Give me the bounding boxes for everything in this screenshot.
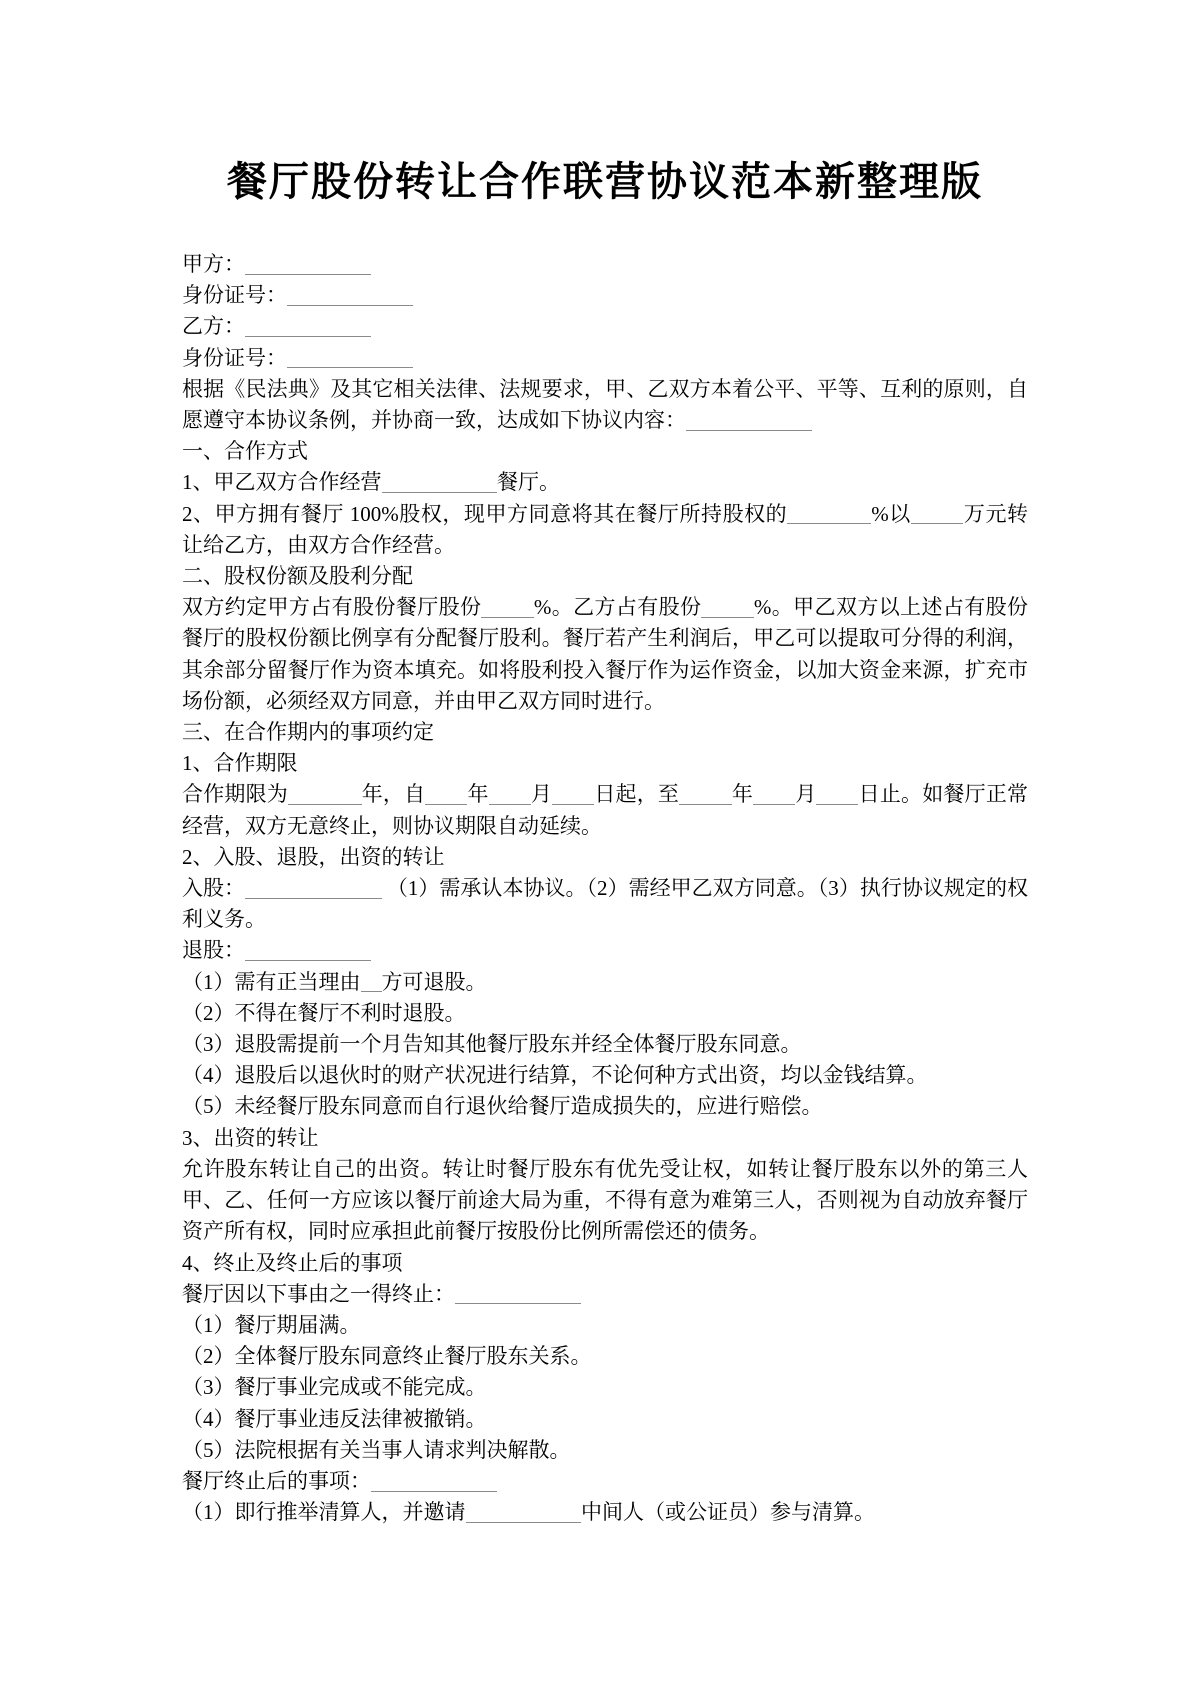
paragraph: 乙方： xyxy=(182,311,1028,342)
paragraph: 一、合作方式 xyxy=(182,436,1028,467)
paragraph: （5）法院根据有关当事人请求判决解散。 xyxy=(182,1435,1028,1466)
paragraph: （2）全体餐厅股东同意终止餐厅股东关系。 xyxy=(182,1341,1028,1372)
paragraph: 4、终止及终止后的事项 xyxy=(182,1248,1028,1279)
fill-in-blank xyxy=(245,315,371,337)
paragraph: 餐厅终止后的事项： xyxy=(182,1466,1028,1497)
fill-in-blank xyxy=(816,783,858,805)
fill-in-blank xyxy=(287,346,413,368)
fill-in-blank xyxy=(481,596,534,618)
paragraph: （5）未经餐厅股东同意而自行退伙给餐厅造成损失的，应进行赔偿。 xyxy=(182,1091,1028,1122)
paragraph: 身份证号： xyxy=(182,343,1028,374)
fill-in-blank xyxy=(425,783,467,805)
paragraph: 入股： （1）需承认本协议。（2）需经甲乙双方同意。（3）执行协议规定的权利义务… xyxy=(182,873,1028,935)
fill-in-blank xyxy=(245,939,371,961)
fill-in-blank xyxy=(701,596,754,618)
paragraph: 身份证号： xyxy=(182,280,1028,311)
fill-in-blank xyxy=(455,1282,581,1304)
fill-in-blank xyxy=(552,783,594,805)
paragraph: （1）需有正当理由方可退股。 xyxy=(182,967,1028,998)
paragraph: 允许股东转让自己的出资。转让时餐厅股东有优先受让权，如转让餐厅股东以外的第三人甲… xyxy=(182,1154,1028,1248)
fill-in-blank xyxy=(686,409,812,431)
fill-in-blank xyxy=(679,783,732,805)
fill-in-blank xyxy=(787,502,871,524)
paragraph: 甲方： xyxy=(182,249,1028,280)
paragraph: 1、甲乙双方合作经营餐厅。 xyxy=(182,467,1028,498)
fill-in-blank xyxy=(911,502,964,524)
fill-in-blank xyxy=(382,471,498,493)
fill-in-blank xyxy=(245,877,382,899)
document-body: 甲方：身份证号：乙方：身份证号：根据《民法典》及其它相关法律、法规要求，甲、乙双… xyxy=(182,249,1028,1528)
paragraph: （4）餐厅事业违反法律被撤销。 xyxy=(182,1404,1028,1435)
paragraph: 2、甲方拥有餐厅 100%股权，现甲方同意将其在餐厅所持股权的%以万元转让给乙方… xyxy=(182,499,1028,561)
paragraph: 餐厅因以下事由之一得终止： xyxy=(182,1279,1028,1310)
paragraph: 三、在合作期内的事项约定 xyxy=(182,717,1028,748)
fill-in-blank xyxy=(489,783,531,805)
paragraph: 退股： xyxy=(182,935,1028,966)
fill-in-blank xyxy=(753,783,795,805)
paragraph: （1）餐厅期届满。 xyxy=(182,1310,1028,1341)
document-page: 餐厅股份转让合作联营协议范本新整理版 甲方：身份证号：乙方：身份证号：根据《民法… xyxy=(0,0,1190,1683)
paragraph: 二、股权份额及股利分配 xyxy=(182,561,1028,592)
paragraph: （4）退股后以退伙时的财产状况进行结算，不论何种方式出资，均以金钱结算。 xyxy=(182,1060,1028,1091)
fill-in-blank xyxy=(466,1501,582,1523)
document-title: 餐厅股份转让合作联营协议范本新整理版 xyxy=(182,150,1028,207)
fill-in-blank xyxy=(371,1470,497,1492)
paragraph: （3）退股需提前一个月告知其他餐厅股东并经全体餐厅股东同意。 xyxy=(182,1029,1028,1060)
paragraph: 1、合作期限 xyxy=(182,748,1028,779)
paragraph: 根据《民法典》及其它相关法律、法规要求，甲、乙双方本着公平、平等、互利的原则，自… xyxy=(182,374,1028,436)
paragraph: 合作期限为年，自年月日起，至年月日止。如餐厅正常经营，双方无意终止，则协议期限自… xyxy=(182,779,1028,841)
fill-in-blank xyxy=(288,783,362,805)
paragraph: 2、入股、退股，出资的转让 xyxy=(182,842,1028,873)
fill-in-blank xyxy=(287,284,413,306)
fill-in-blank xyxy=(361,970,382,992)
paragraph: 双方约定甲方占有股份餐厅股份%。乙方占有股份%。甲乙双方以上述占有股份餐厅的股权… xyxy=(182,592,1028,717)
paragraph: （2）不得在餐厅不利时退股。 xyxy=(182,998,1028,1029)
paragraph: （3）餐厅事业完成或不能完成。 xyxy=(182,1372,1028,1403)
paragraph: （1）即行推举清算人，并邀请中间人（或公证员）参与清算。 xyxy=(182,1497,1028,1528)
fill-in-blank xyxy=(245,253,371,275)
paragraph: 3、出资的转让 xyxy=(182,1123,1028,1154)
